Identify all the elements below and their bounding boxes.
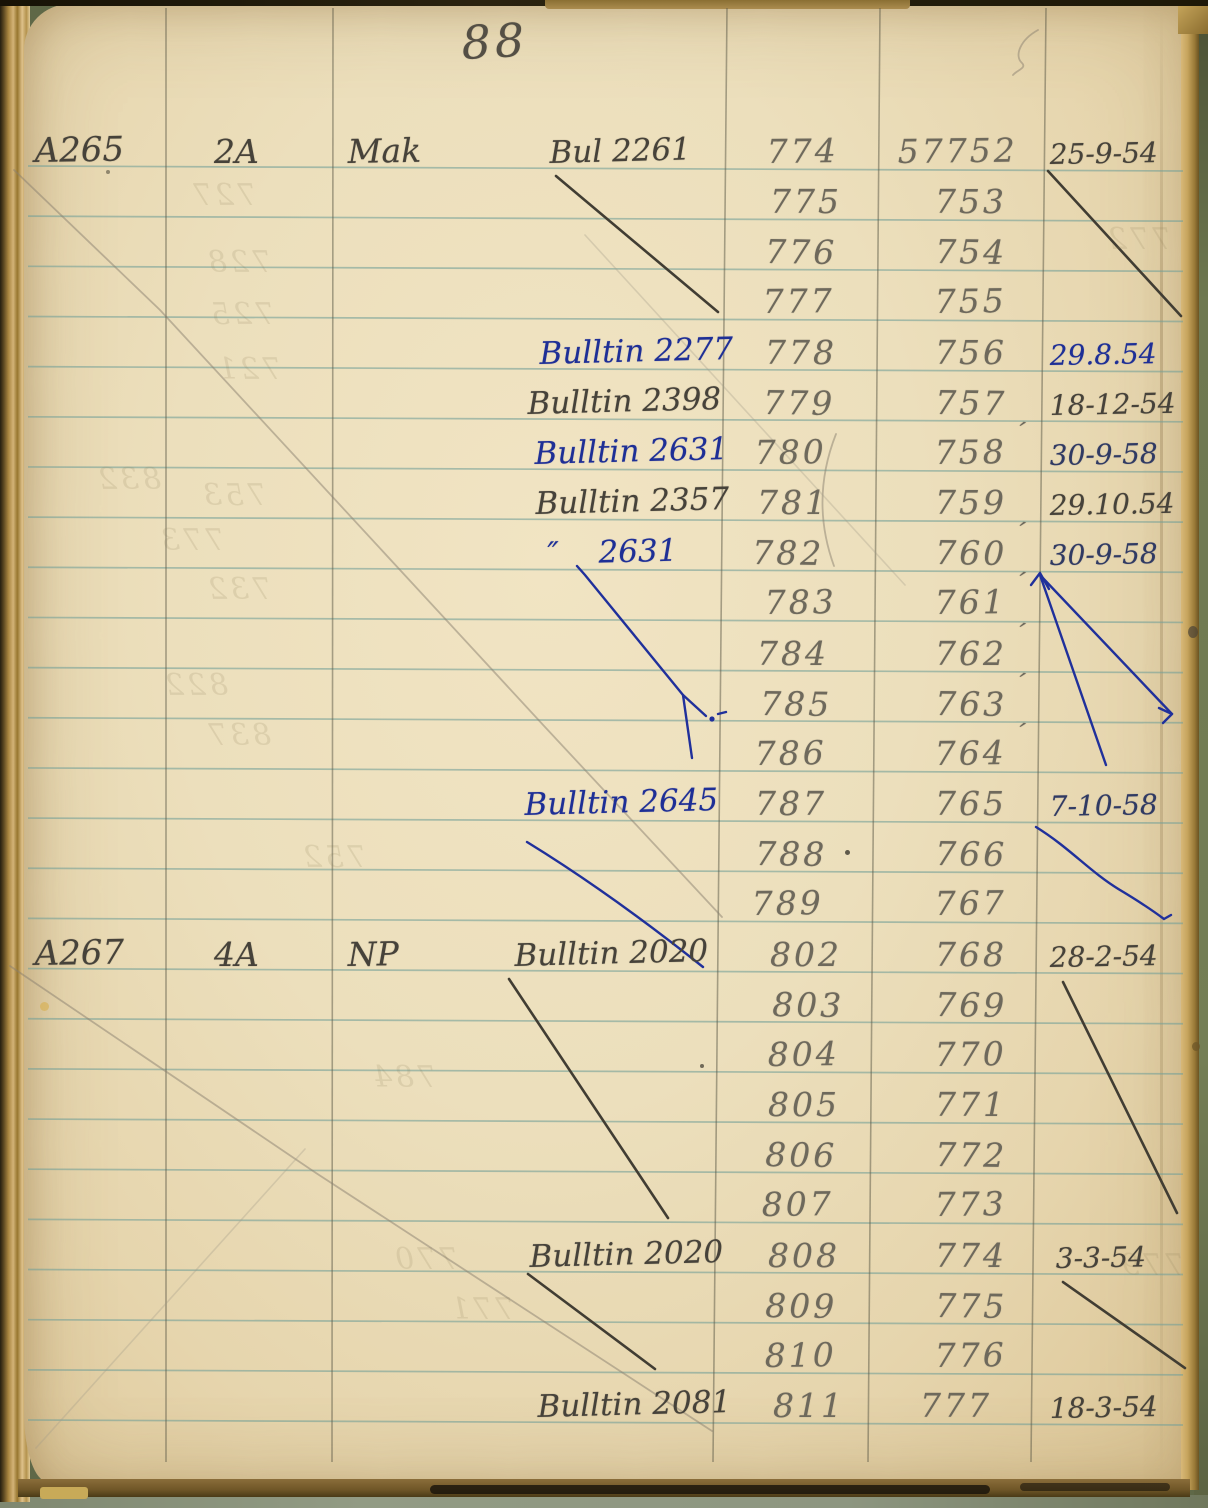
cell-serial-2: 57752 <box>898 131 1018 171</box>
cell-serial-1: 779 <box>763 383 835 423</box>
cell-class: 2A <box>214 132 259 171</box>
cell-serial-1: 774 <box>767 131 839 171</box>
check-tick-mark: ′ <box>1014 668 1027 699</box>
cell-bulletin: ″ 2631 <box>547 533 678 572</box>
check-tick-mark: ′ <box>1014 567 1027 598</box>
cell-serial-1: 806 <box>765 1135 837 1175</box>
cell-date: 30-9-58 <box>1049 537 1158 572</box>
cell-serial-1: 780 <box>755 432 827 472</box>
cell-serial-2: 776 <box>935 1335 1007 1375</box>
cell-serial-1: 785 <box>760 684 832 724</box>
check-tick-mark: ′ <box>1014 718 1027 749</box>
cell-bulletin: Bulltin 2020 <box>514 932 709 973</box>
cell-bulletin: Bulltin 2398 <box>527 381 722 422</box>
cell-serial-1: 805 <box>768 1085 840 1124</box>
cell-serial-2: 767 <box>935 884 1007 924</box>
cell-bulletin: Bulltin 2645 <box>524 782 719 823</box>
cell-serial-2: 766 <box>935 834 1007 874</box>
cell-serial-1: 811 <box>773 1386 845 1425</box>
cell-serial-1: 783 <box>765 583 837 623</box>
cell-date: 3-3-54 <box>1055 1240 1146 1275</box>
cell-serial-1: 804 <box>768 1034 840 1074</box>
cell-serial-1: 777 <box>763 282 835 322</box>
cell-serial-2: 774 <box>935 1236 1007 1275</box>
cell-bulletin: Bul 2261 <box>549 131 691 171</box>
page-number: 88 <box>460 13 529 70</box>
cell-serial-2: 764 <box>935 733 1007 773</box>
cell-category: Mak <box>347 131 421 171</box>
cell-serial-2: 756 <box>935 333 1007 372</box>
cell-serial-2: 772 <box>935 1135 1007 1175</box>
ledger-rows: 88 A2652AMakBul 22617745775225-9-5477575… <box>0 0 1208 1508</box>
cell-serial-2: 773 <box>935 1184 1007 1224</box>
cell-serial-2: 765 <box>935 784 1007 823</box>
cell-bulletin: Bulltin 2631 <box>534 431 729 472</box>
cell-serial-2: 758 <box>935 432 1007 472</box>
cell-date: 25-9-54 <box>1049 136 1158 171</box>
check-tick-mark: ′ <box>1014 618 1027 649</box>
cell-date: 7-10-58 <box>1049 788 1158 823</box>
cell-serial-2: 760 <box>935 533 1007 573</box>
cell-bulletin: Bulltin 2277 <box>539 331 734 372</box>
cell-serial-2: 768 <box>935 935 1007 974</box>
cell-date: 30-9-58 <box>1049 437 1158 472</box>
check-tick-mark: ′ <box>1014 517 1027 548</box>
cell-serial-1: 803 <box>772 985 844 1025</box>
cell-serial-1: 809 <box>765 1286 837 1326</box>
cell-serial-2: 775 <box>935 1286 1007 1326</box>
cell-serial-2: 769 <box>935 985 1007 1025</box>
cell-serial-1: 782 <box>752 533 824 573</box>
cell-serial-1: 786 <box>755 733 827 773</box>
cell-serial-1: 802 <box>770 935 842 974</box>
cell-date: 29.10.54 <box>1049 487 1174 522</box>
scanned-ledger-page: 7277287257218327537737328228377527847707… <box>0 0 1208 1508</box>
cell-category: NP <box>347 934 399 974</box>
cell-serial-2: 753 <box>935 182 1007 221</box>
cell-serial-1: 807 <box>762 1184 834 1224</box>
cell-date: 28-2-54 <box>1049 939 1158 974</box>
cell-class: 4A <box>214 935 259 974</box>
cell-serial-2: 755 <box>935 282 1007 322</box>
cell-bulletin: Bulltin 2357 <box>535 481 730 522</box>
cell-serial-1: 787 <box>755 784 827 823</box>
cell-reference: A267 <box>34 932 124 974</box>
cell-serial-1: 778 <box>765 333 837 372</box>
cell-serial-2: 777 <box>920 1386 992 1425</box>
cell-date: 29.8.54 <box>1049 337 1156 372</box>
cell-serial-1: 810 <box>765 1335 837 1375</box>
cell-serial-1: 788 <box>755 834 827 874</box>
cell-bulletin: Bulltin 2081 <box>537 1384 732 1425</box>
cell-serial-1: 775 <box>770 182 842 221</box>
cell-serial-2: 763 <box>935 684 1007 724</box>
cell-date: 18-12-54 <box>1049 387 1175 422</box>
cell-serial-2: 757 <box>935 383 1007 423</box>
cell-serial-1: 784 <box>757 634 829 673</box>
cell-bulletin: Bulltin 2020 <box>529 1233 724 1274</box>
cell-serial-1: 776 <box>765 232 837 272</box>
cell-serial-1: 789 <box>752 884 824 924</box>
check-tick-mark: ′ <box>1014 417 1027 448</box>
cell-serial-2: 759 <box>935 483 1007 522</box>
cell-serial-2: 770 <box>935 1034 1007 1074</box>
cell-serial-2: 762 <box>935 634 1007 673</box>
cell-date: 18-3-54 <box>1049 1390 1158 1425</box>
cell-serial-2: 754 <box>935 232 1007 272</box>
cell-serial-1: 781 <box>757 483 829 522</box>
cell-serial-1: 808 <box>768 1236 840 1275</box>
cell-reference: A265 <box>34 129 124 171</box>
cell-serial-2: 771 <box>935 1085 1007 1124</box>
cell-serial-2: 761 <box>935 583 1007 623</box>
